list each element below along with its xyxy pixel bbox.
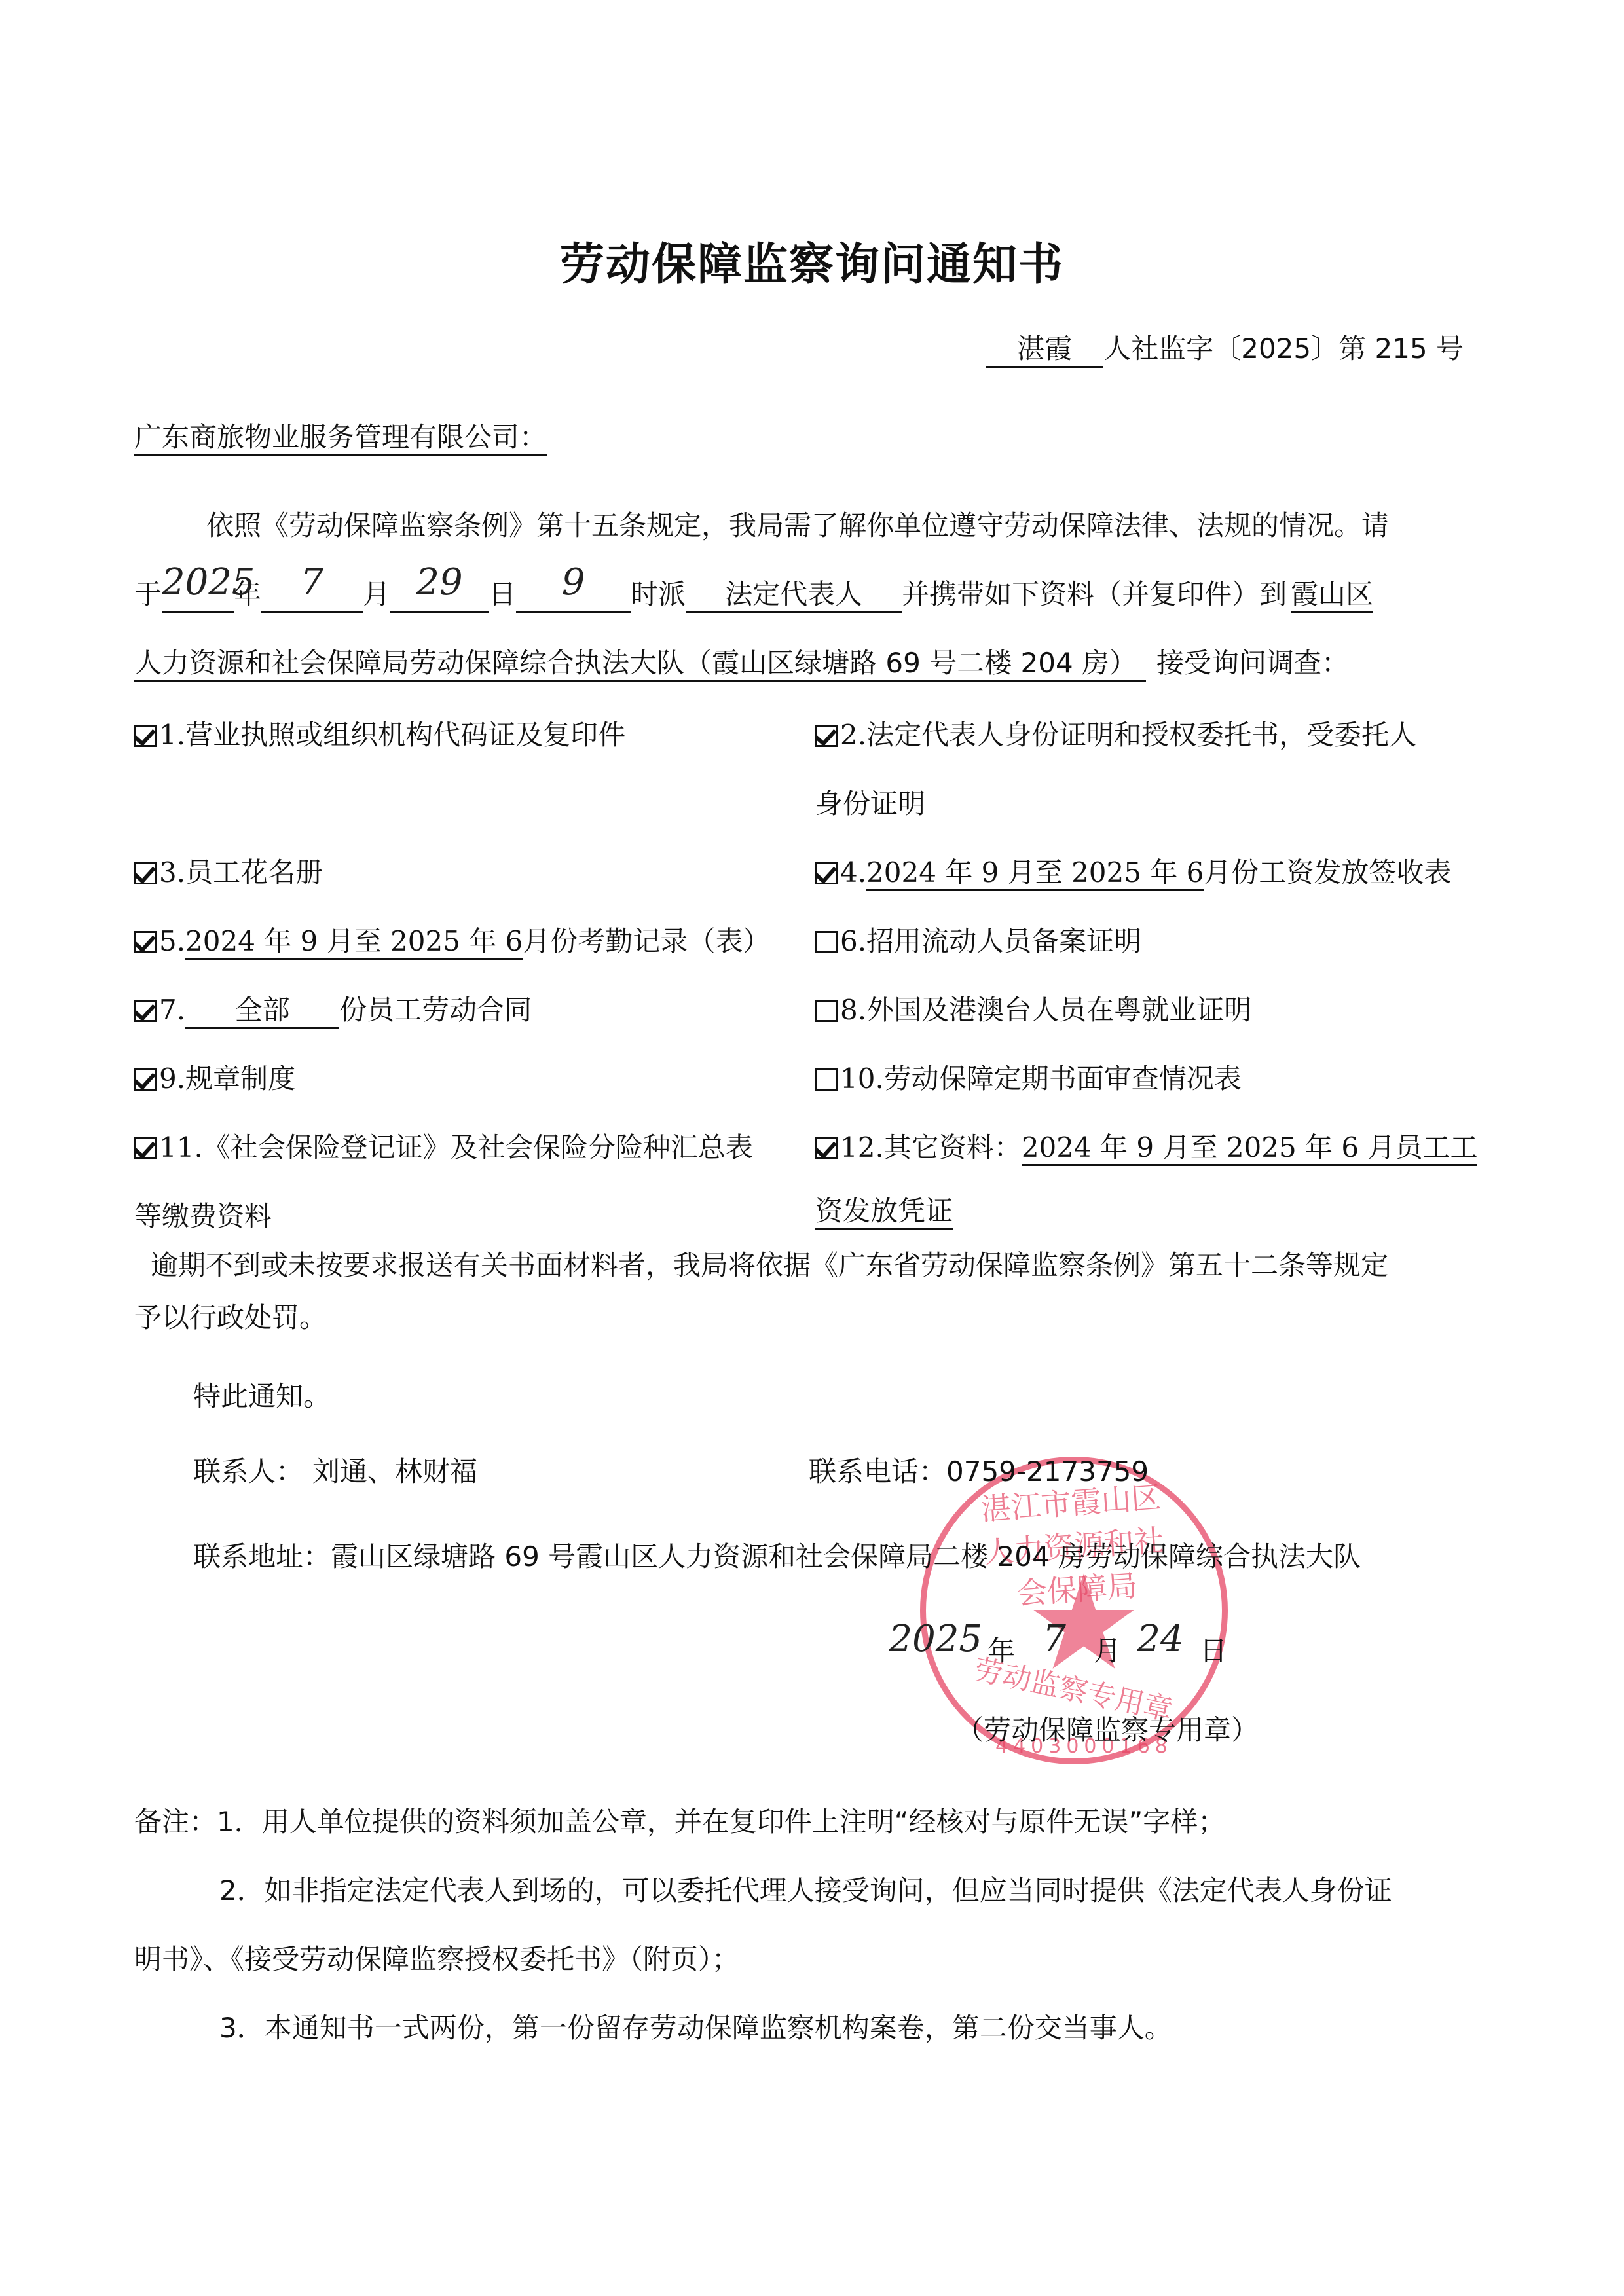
addressee: 广东商旅物业服务管理有限公司： [134,419,547,456]
checklist-item-4: 4.2024 年 9 月至 2025 年 6月份工资发放签收表 [815,851,1451,891]
checklist-item-2-cont: 身份证明 [815,782,925,822]
notes-item-2: 2．如非指定法定代表人到场的，可以委托代理人接受询问，但应当同时提供《法定代表人… [219,1872,1392,1909]
contact-phone: 联系电话：0759-2173759 [809,1453,1149,1490]
appointment-hour: 9 [516,576,631,613]
appointment-year: 2025 [162,576,234,613]
penalty-line-1: 逾期不到或未按要求报送有关书面材料者，我局将依据《广东省劳动保障监察条例》第五十… [151,1247,1388,1284]
seal-caption: （劳动保障监察专用章） [956,1712,1259,1749]
addressee-company: 广东商旅物业服务管理有限公司： [134,422,547,456]
appointment-day: 29 [390,576,489,613]
closing: 特此通知。 [193,1378,331,1415]
checklist-item-2: 2.法定代表人身份证明和授权委托书，受委托人 [815,714,1416,753]
body-line-2: 于2025年7月29日9时派法定代表人并携带如下资料（并复印件）到霞山区 [134,576,1373,613]
checkbox-icon[interactable] [134,931,157,953]
doc-number: 湛霞人社监字〔2025〕第 215 号 [986,331,1464,368]
checklist-item-8: 8.外国及港澳台人员在粤就业证明 [815,989,1251,1028]
checkbox-icon[interactable] [134,1068,157,1091]
checkbox-icon[interactable] [815,931,838,953]
location-suffix: 接受询问调查： [1156,647,1349,679]
body-line-1: 依照《劳动保障监察条例》第十五条规定，我局需了解你单位遵守劳动保障法律、法规的情… [206,507,1389,544]
checkbox-icon[interactable] [134,1137,157,1159]
signature-month: 7 [1015,1621,1094,1658]
checklist-item-6: 6.招用流动人员备案证明 [815,920,1141,959]
signature-date: 2025年7月24日 [884,1630,1227,1669]
checkbox-icon[interactable] [134,725,157,747]
checkbox-icon[interactable] [134,862,157,884]
checklist-item-1: 1.营业执照或组织机构代码证及复印件 [134,714,625,753]
checkbox-icon[interactable] [815,1068,838,1091]
hour-label: 时派 [631,578,686,610]
body-line-3: 人力资源和社会保障局劳动保障综合执法大队（霞山区绿塘路 69 号二楼 204 房… [134,645,1349,682]
checklist-item-12-cont: 资发放凭证 [815,1195,953,1230]
representative-field: 法定代表人 [686,579,902,613]
appointment-month: 7 [261,576,363,613]
checklist-item-11-cont: 等缴费资料 [134,1195,272,1234]
document-title: 劳动保障监察询问通知书 [0,229,1624,293]
month-label: 月 [363,578,390,610]
checkbox-icon[interactable] [134,1000,157,1022]
signature-year: 2025 [884,1621,982,1658]
notes-item-3: 3．本通知书一式两份，第一份留存劳动保障监察机构案卷，第二份交当事人。 [219,2010,1172,2047]
checkbox-icon[interactable] [815,862,838,884]
checkbox-icon[interactable] [815,1000,838,1022]
doc-number-prefix: 湛霞 [986,333,1103,368]
body-prefix: 于 [134,578,162,610]
contact-person: 联系人：刘通、林财福 [193,1453,477,1490]
doc-number-suffix: 人社监字〔2025〕第 215 号 [1103,333,1464,365]
location-part-2: 人力资源和社会保障局劳动保障综合执法大队（霞山区绿塘路 69 号二楼 204 房… [134,647,1146,682]
day-label: 日 [489,578,516,610]
checklist-item-7: 7.全部份员工劳动合同 [134,989,532,1029]
notes-item-2-cont: 明书》、《接受劳动保障监察授权委托书》（附页）； [134,1941,739,1978]
checkbox-icon[interactable] [815,1137,838,1159]
contact-address: 联系地址：霞山区绿塘路 69 号霞山区人力资源和社会保障局二楼 204 房劳动保… [193,1539,1361,1575]
carry-text: 并携带如下资料（并复印件）到 [902,578,1287,610]
signature-day: 24 [1121,1621,1200,1658]
checkbox-icon[interactable] [815,725,838,747]
checklist-item-3: 3.员工花名册 [134,851,323,890]
checklist-item-11: 11.《社会保险登记证》及社会保险分险种汇总表 [134,1126,753,1165]
location-part-1: 霞山区 [1291,579,1373,613]
checklist-item-5: 5.2024 年 9 月至 2025 年 6月份考勤记录（表） [134,920,770,960]
checklist-item-12: 12.其它资料：2024 年 9 月至 2025 年 6 月员工工 [815,1126,1477,1166]
checklist-item-9: 9.规章制度 [134,1057,295,1097]
checklist-item-10: 10.劳动保障定期书面审查情况表 [815,1057,1242,1097]
penalty-line-2: 予以行政处罚。 [134,1300,327,1336]
notes-item-1: 备注：1．用人单位提供的资料须加盖公章，并在复印件上注明“经核对与原件无误”字样… [134,1804,1225,1840]
